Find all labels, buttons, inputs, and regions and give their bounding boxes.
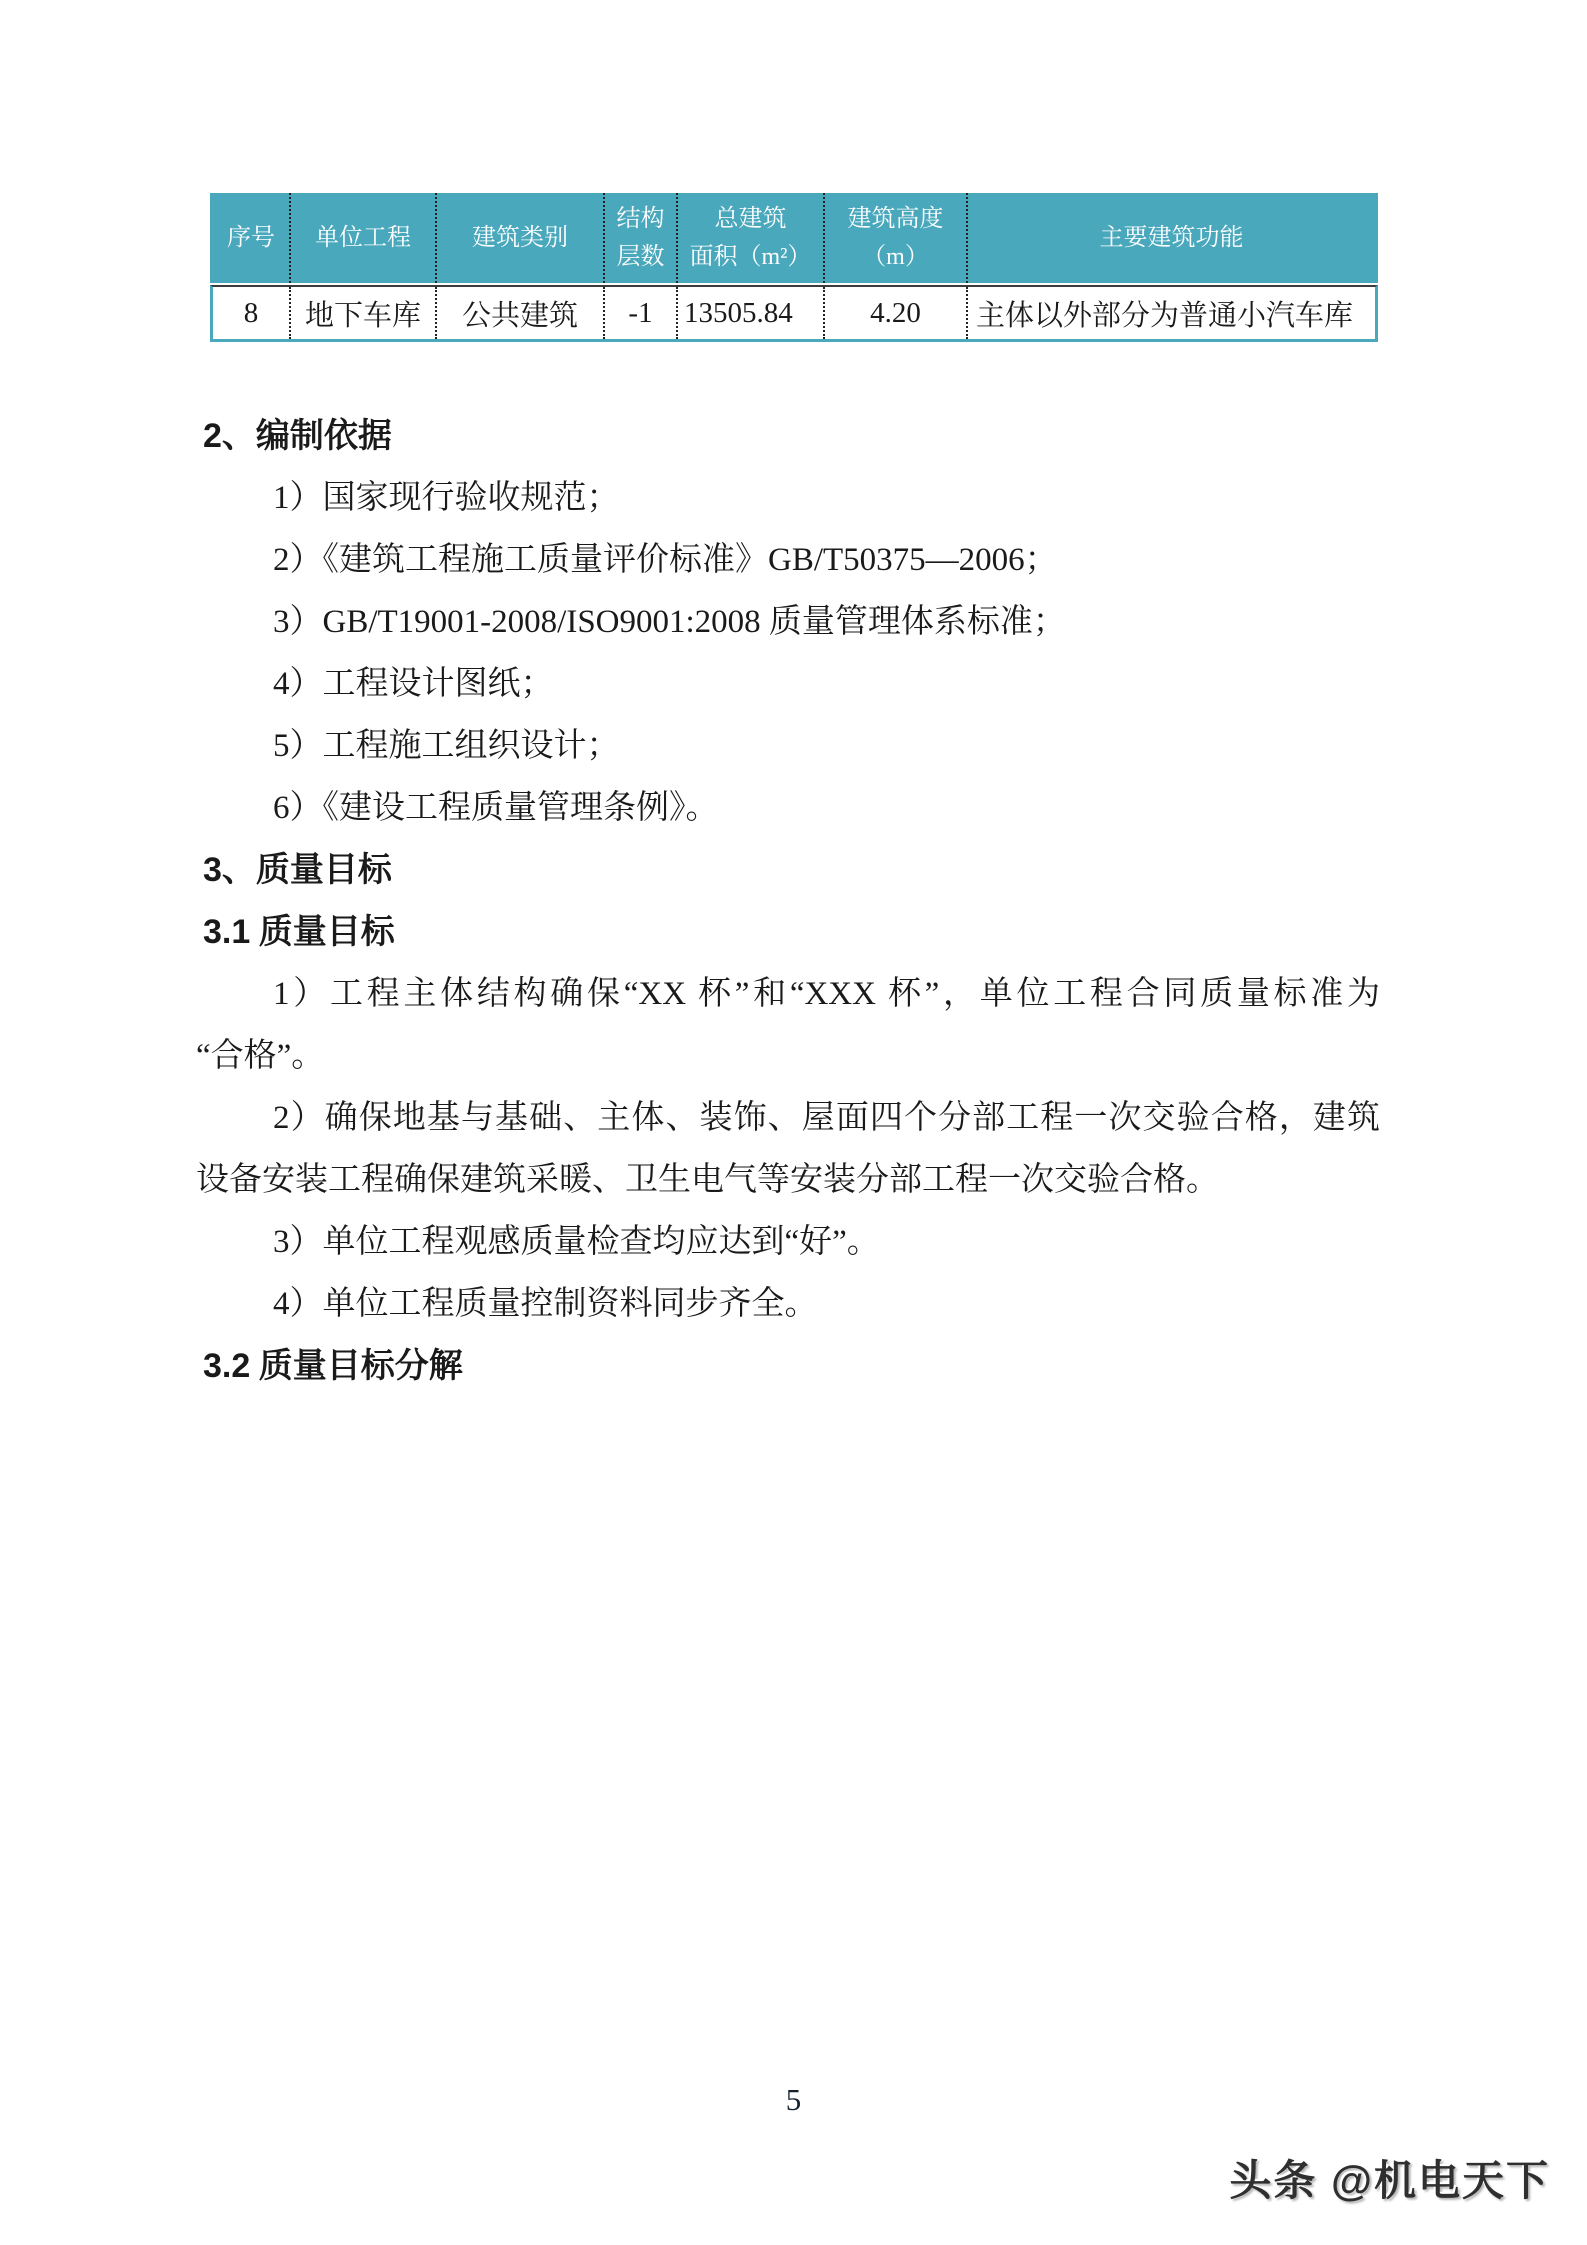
header-label: 单位工程 [315,219,411,257]
header-label-line2: 层数 [617,238,665,276]
watermark: 头条 @机电天下 [1229,2148,1550,2208]
goal-2-line-2: 设备安装工程确保建筑采暖、卫生电气等安装分部工程一次交验合格。 [196,1149,1380,1211]
header-label-line1: 总建筑 [715,200,787,238]
header-cell-function: 主要建筑功能 [966,193,1375,283]
building-info-table: 序号 单位工程 建筑类别 结构 层数 总建筑 面积（m²） 建筑高度 （m） 主… [210,193,1378,342]
page-number: 5 [0,2082,1587,2118]
basis-item-5: 5）工程施工组织设计； [196,715,1380,777]
cell-unit: 地下车库 [289,287,435,339]
cell-floors: -1 [603,287,676,339]
header-label-line1: 结构 [617,200,665,238]
basis-item-1: 1）国家现行验收规范； [196,467,1380,529]
basis-item-3: 3）GB/T19001-2008/ISO9001:2008 质量管理体系标准； [196,591,1380,653]
document-body: 2、编制依据 1）国家现行验收规范； 2）《建筑工程施工质量评价标准》GB/T5… [196,405,1380,1397]
goal-3: 3）单位工程观感质量检查均应达到“好”。 [196,1211,1380,1273]
basis-item-2: 2）《建筑工程施工质量评价标准》GB/T50375—2006； [196,529,1380,591]
header-label: 主要建筑功能 [1100,219,1244,257]
header-label-line2: 面积（m²） [690,238,812,276]
cell-function: 主体以外部分为普通小汽车库 [966,287,1375,339]
section-number: 3 [203,851,222,889]
section-title: 、编制依据 [222,418,392,455]
header-label: 序号 [227,219,275,257]
goal-1-line-1: 1）工程主体结构确保“XX 杯”和“XXX 杯”，单位工程合同质量标准为 [196,963,1380,1025]
section-title: 质量目标 [250,914,395,951]
document-page: 序号 单位工程 建筑类别 结构 层数 总建筑 面积（m²） 建筑高度 （m） 主… [0,0,1587,2245]
header-cell-area: 总建筑 面积（m²） [676,193,823,283]
section-number: 2 [203,417,222,455]
table-data-row: 8 地下车库 公共建筑 -1 13505.84 4.20 主体以外部分为普通小汽… [210,285,1378,342]
section-title: 质量目标分解 [250,1348,463,1385]
basis-item-6: 6）《建设工程质量管理条例》。 [196,777,1380,839]
goal-1-line-2: “合格”。 [196,1025,1380,1087]
section-heading-3-1: 3.1 质量目标 [196,901,1380,963]
header-label-line2: （m） [862,238,929,276]
goal-2-line-1: 2）确保地基与基础、主体、装饰、屋面四个分部工程一次交验合格，建筑 [196,1087,1380,1149]
header-cell-unit: 单位工程 [289,193,435,283]
section-title: 、质量目标 [222,852,392,889]
section-heading-2: 2、编制依据 [196,405,1380,467]
section-number: 3.2 [203,1347,250,1385]
header-label-line1: 建筑高度 [848,200,944,238]
header-label: 建筑类别 [472,219,568,257]
section-heading-3: 3、质量目标 [196,839,1380,901]
section-heading-3-2: 3.2 质量目标分解 [196,1335,1380,1397]
header-cell-category: 建筑类别 [435,193,603,283]
cell-area: 13505.84 [676,287,823,339]
goal-4: 4）单位工程质量控制资料同步齐全。 [196,1273,1380,1335]
basis-item-4: 4）工程设计图纸； [196,653,1380,715]
cell-height: 4.20 [823,287,966,339]
header-cell-seq: 序号 [213,193,289,283]
header-cell-height: 建筑高度 （m） [823,193,966,283]
cell-seq: 8 [213,287,289,339]
cell-category: 公共建筑 [435,287,603,339]
table-header-row: 序号 单位工程 建筑类别 结构 层数 总建筑 面积（m²） 建筑高度 （m） 主… [210,193,1378,283]
section-number: 3.1 [203,913,250,951]
header-cell-floors: 结构 层数 [603,193,676,283]
